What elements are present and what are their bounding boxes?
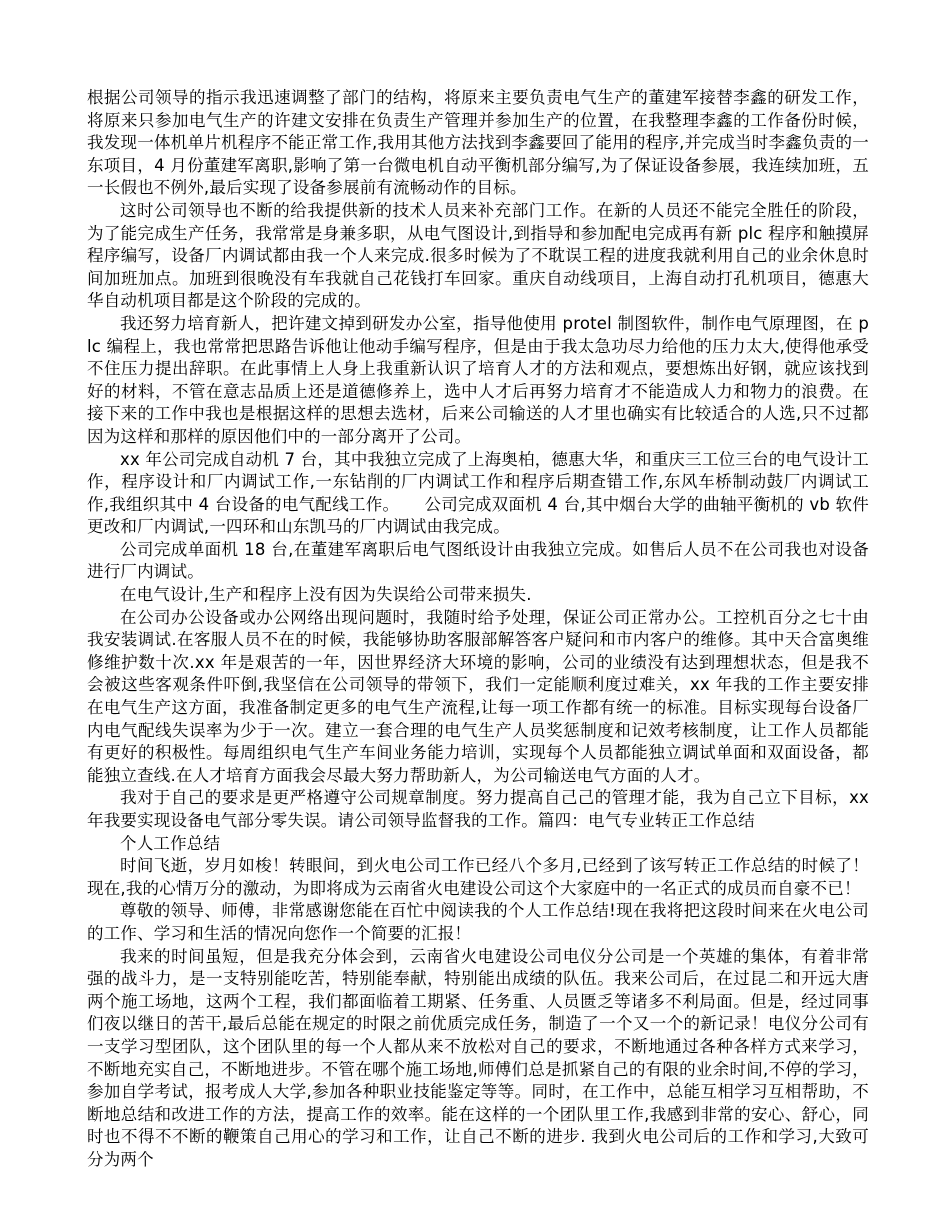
- paragraph: 在公司办公设备或办公网络出现问题时，我随时给予处理，保证公司正常办公。工控机百分…: [87, 607, 869, 788]
- paragraph: 这时公司领导也不断的给我提供新的技术人员来补充部门工作。在新的人员还不能完全胜任…: [87, 200, 869, 313]
- paragraph: 个人工作总结: [87, 833, 869, 856]
- document-text-block: 根据公司领导的指示我迅速调整了部门的结构，将原来主要负责电气生产的董建军接替李鑫…: [87, 87, 869, 1172]
- paragraph: 公司完成单面机 18 台,在董建军离职后电气图纸设计由我独立完成。如售后人员不在…: [87, 539, 869, 584]
- document-page: 根据公司领导的指示我迅速调整了部门的结构，将原来主要负责电气生产的董建军接替李鑫…: [0, 0, 950, 1230]
- paragraph: 我对于自己的要求是更严格遵守公司规章制度。努力提高自己己的管理才能，我为自己立下…: [87, 787, 869, 832]
- paragraph: 根据公司领导的指示我迅速调整了部门的结构，将原来主要负责电气生产的董建军接替李鑫…: [87, 87, 869, 200]
- paragraph: 尊敬的领导、师傅，非常感谢您能在百忙中阅读我的个人工作总结!现在我将把这段时间来…: [87, 900, 869, 945]
- paragraph: 我还努力培育新人，把许建文掉到研发办公室，指导他使用 protel 制图软件，制…: [87, 313, 869, 449]
- paragraph: 时间飞逝，岁月如梭！转眼间，到火电公司工作已经八个多月,已经到了该写转正工作总结…: [87, 855, 869, 900]
- paragraph: 在电气设计,生产和程序上没有因为失误给公司带来损失.: [87, 584, 869, 607]
- paragraph: xx 年公司完成自动机 7 台，其中我独立完成了上海奥柏，德惠大华，和重庆三工位…: [87, 449, 869, 539]
- paragraph: 我来的时间虽短，但是我充分体会到，云南省火电建设公司电仪分公司是一个英雄的集体，…: [87, 946, 869, 1172]
